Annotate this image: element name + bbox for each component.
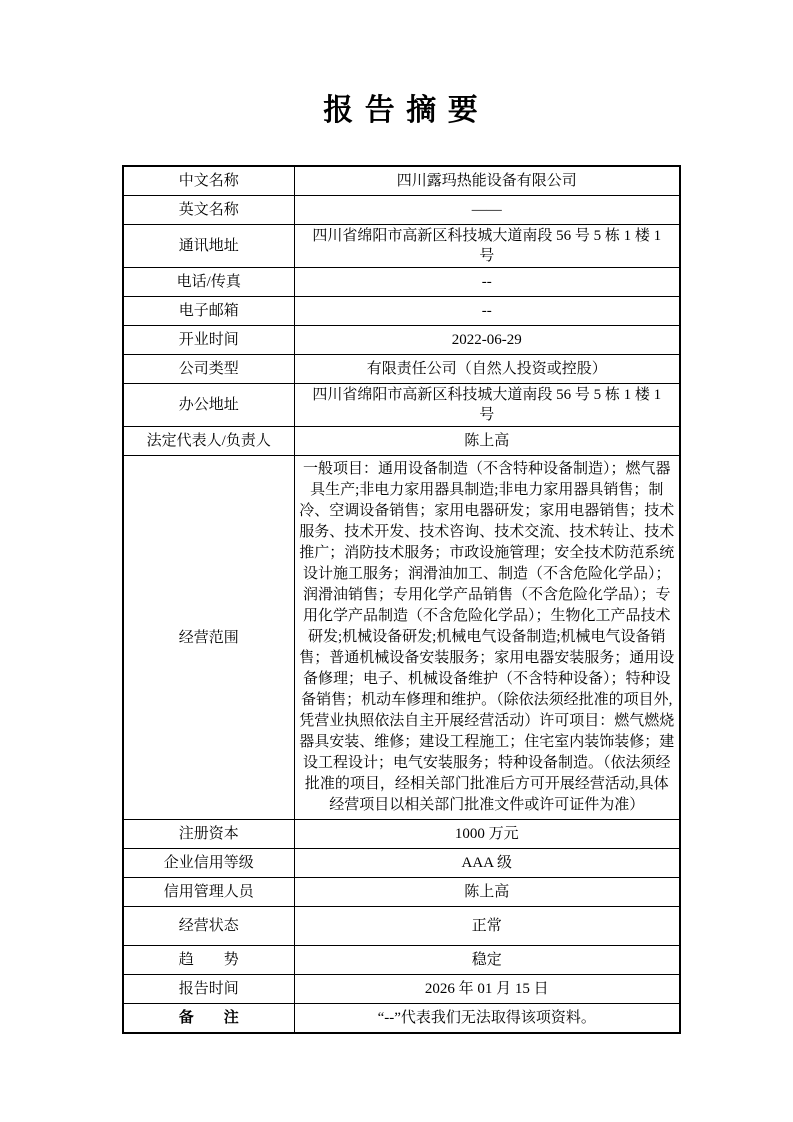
row-value: “--”代表我们无法取得该项资料。 (294, 1004, 680, 1034)
row-label: 开业时间 (123, 326, 294, 355)
table-row: 电子邮箱 -- (123, 297, 680, 326)
table-row: 中文名称 四川露玛热能设备有限公司 (123, 166, 680, 196)
row-value: 陈上高 (294, 878, 680, 907)
row-label: 趋 势 (123, 946, 294, 975)
row-label: 电子邮箱 (123, 297, 294, 326)
table-row: 企业信用等级 AAA 级 (123, 849, 680, 878)
table-row: 英文名称 —— (123, 196, 680, 225)
row-label: 信用管理人员 (123, 878, 294, 907)
table-row: 公司类型 有限责任公司（自然人投资或控股） (123, 355, 680, 384)
table-row: 电话/传真 -- (123, 268, 680, 297)
table-row: 经营范围 一般项目：通用设备制造（不含特种设备制造）；燃气器具生产;非电力家用器… (123, 456, 680, 820)
table-row: 注册资本 1000 万元 (123, 820, 680, 849)
row-label: 报告时间 (123, 975, 294, 1004)
row-value: 稳定 (294, 946, 680, 975)
row-value: 一般项目：通用设备制造（不含特种设备制造）；燃气器具生产;非电力家用器具制造;非… (294, 456, 680, 820)
row-label: 通讯地址 (123, 225, 294, 268)
row-label: 企业信用等级 (123, 849, 294, 878)
row-value: 四川省绵阳市高新区科技城大道南段 56 号 5 栋 1 楼 1 号 (294, 384, 680, 427)
row-value: -- (294, 297, 680, 326)
row-value: 正常 (294, 907, 680, 946)
table-row: 报告时间 2026 年 01 月 15 日 (123, 975, 680, 1004)
row-label: 经营状态 (123, 907, 294, 946)
table-body: 中文名称 四川露玛热能设备有限公司 英文名称 —— 通讯地址 四川省绵阳市高新区… (123, 166, 680, 1033)
table-row: 备 注 “--”代表我们无法取得该项资料。 (123, 1004, 680, 1034)
row-label: 经营范围 (123, 456, 294, 820)
table-row: 经营状态 正常 (123, 907, 680, 946)
row-value: 2022-06-29 (294, 326, 680, 355)
report-summary-table: 中文名称 四川露玛热能设备有限公司 英文名称 —— 通讯地址 四川省绵阳市高新区… (122, 165, 681, 1034)
row-value: 1000 万元 (294, 820, 680, 849)
row-value: 陈上高 (294, 427, 680, 456)
row-label: 中文名称 (123, 166, 294, 196)
row-label: 公司类型 (123, 355, 294, 384)
table-row: 开业时间 2022-06-29 (123, 326, 680, 355)
row-value: -- (294, 268, 680, 297)
table-row: 通讯地址 四川省绵阳市高新区科技城大道南段 56 号 5 栋 1 楼 1 号 (123, 225, 680, 268)
table-row: 信用管理人员 陈上高 (123, 878, 680, 907)
row-label: 英文名称 (123, 196, 294, 225)
row-label: 法定代表人/负责人 (123, 427, 294, 456)
row-label: 电话/传真 (123, 268, 294, 297)
table-row: 法定代表人/负责人 陈上高 (123, 427, 680, 456)
row-value: 四川省绵阳市高新区科技城大道南段 56 号 5 栋 1 楼 1 号 (294, 225, 680, 268)
row-value: AAA 级 (294, 849, 680, 878)
row-label: 备 注 (123, 1004, 294, 1034)
page-title: 报 告 摘 要 (122, 93, 681, 129)
table-row: 办公地址 四川省绵阳市高新区科技城大道南段 56 号 5 栋 1 楼 1 号 (123, 384, 680, 427)
row-value: —— (294, 196, 680, 225)
row-value: 四川露玛热能设备有限公司 (294, 166, 680, 196)
row-label: 办公地址 (123, 384, 294, 427)
row-value: 2026 年 01 月 15 日 (294, 975, 680, 1004)
row-label: 注册资本 (123, 820, 294, 849)
table-row: 趋 势 稳定 (123, 946, 680, 975)
row-value: 有限责任公司（自然人投资或控股） (294, 355, 680, 384)
document-page: 报 告 摘 要 中文名称 四川露玛热能设备有限公司 英文名称 —— 通讯地址 四… (122, 93, 681, 1034)
